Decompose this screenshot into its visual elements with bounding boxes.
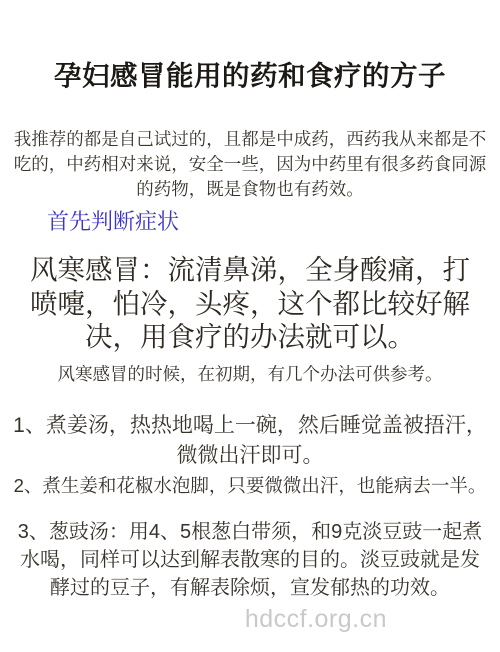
- remedy-item-1: 1、煮姜汤，热热地喝上一碗，然后睡觉盖被捂汗，微微出汗即可。: [8, 411, 493, 471]
- remedy-item-3: 3、葱豉汤：用4、5根葱白带须，和9克淡豆豉一起煮水喝，同样可以达到解表散寒的目…: [18, 518, 483, 602]
- intro-paragraph: 我推荐的都是自己试过的，且都是中成药，西药我从来都是不吃的，中药相对来说，安全一…: [9, 127, 491, 202]
- section-heading: 首先判断症状: [47, 207, 500, 237]
- page-title: 孕妇感冒能用的药和食疗的方子: [0, 57, 500, 94]
- article-page: 孕妇感冒能用的药和食疗的方子 我推荐的都是自己试过的，且都是中成药，西药我从来都…: [0, 0, 500, 652]
- site-watermark: hdccf.org.cn: [0, 604, 500, 634]
- note-paragraph: 风寒感冒的时候，在初期，有几个办法可供参考。: [0, 362, 500, 386]
- remedy-item-2: 2、煮生姜和花椒水泡脚，只要微微出汗，也能病去一半。: [5, 473, 495, 499]
- symptom-description: 风寒感冒：流清鼻涕，全身酸痛，打喷嚏，怕冷，头疼，这个都比较好解决，用食疗的办法…: [25, 253, 475, 354]
